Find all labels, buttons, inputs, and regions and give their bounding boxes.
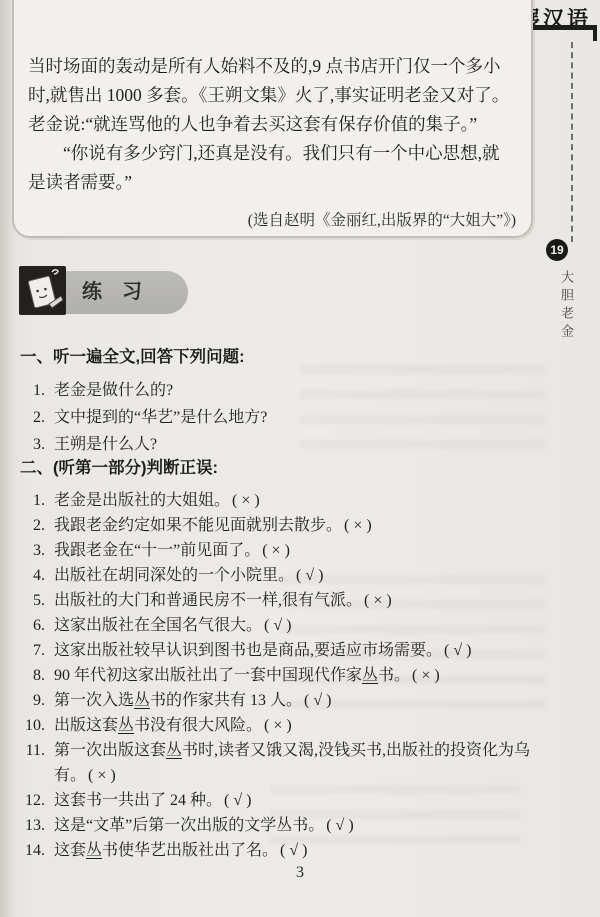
tf-text-pre: 出版社的大门和普通民房不一样,很有气派。 [54,592,362,609]
tf-text-pre: 这套 [54,842,86,859]
tf-number: 3. [20,538,54,563]
question-item: 1. 老金是做什么的? [20,377,552,404]
tf-item: 2. 我跟老金约定如果不能见面就别去散步。( × ) [20,513,552,538]
tf-text-post: 书使华艺出版社出了名。 [102,842,278,859]
tf-text-pre: 出版这套 [54,717,118,734]
tf-text-pre: 这套书一共出了 24 种。 [54,792,222,809]
passage-line: “你说有多少窍门,还真是没有。我们只有一个中心思想,就 [28,139,518,168]
tf-answer-mark: ( √ ) [264,617,291,634]
notebook-pencil-icon [19,266,66,315]
section-two-list: 1. 老金是出版社的大姐姐。( × ) 2. 我跟老金约定如果不能见面就别去散步… [20,488,552,863]
passage-line: 老金说:“就连骂他的人也争着去买这套有保存价值的集子。” [28,110,518,139]
underlined-vocab: 丛 [86,842,102,859]
tf-text: 这是“文革”后第一次出版的文学丛书。( √ ) [54,813,552,838]
section-listen-questions: 一、听一遍全文,回答下列问题: 1. 老金是做什么的? 2. 文中提到的“华艺”… [20,344,552,458]
question-item: 3. 王朔是什么人? [20,431,552,458]
page-number: 3 [0,864,600,882]
scanned-textbook-page: 发展汉语 19 大胆老金 当时场面的轰动是所有人始料不及的,9 点书店开门仅一个… [0,0,600,917]
underlined-vocab: 丛 [134,692,150,709]
tf-item: 1. 老金是出版社的大姐姐。( × ) [20,488,552,513]
tf-item: 12. 这套书一共出了 24 种。( √ ) [20,788,552,813]
tf-text: 第一次入选丛书的作家共有 13 人。( √ ) [54,688,552,713]
section-one-list: 1. 老金是做什么的? 2. 文中提到的“华艺”是什么地方? 3. 王朔是什么人… [20,377,552,458]
tf-text: 这套丛书使华艺出版社出了名。( √ ) [54,838,552,863]
margin-dashed-line [571,42,573,242]
underlined-vocab: 丛 [362,667,378,684]
tf-text: 这家出版社较早认识到图书也是商品,要适应市场需要。( √ ) [54,638,552,663]
tf-item: 5. 出版社的大门和普通民房不一样,很有气派。( × ) [20,588,552,613]
tf-text-post: 书的作家共有 13 人。 [150,692,302,709]
tf-text-pre: 我跟老金在“十一”前见面了。 [54,542,260,559]
question-text: 文中提到的“华艺”是什么地方? [54,404,552,431]
tf-answer-mark: ( √ ) [326,817,353,834]
tf-text-pre: 这是“文革”后第一次出版的文学丛书。 [54,817,324,834]
question-text: 王朔是什么人? [54,431,552,458]
section-one-title: 一、听一遍全文,回答下列问题: [20,344,552,370]
tf-number: 2. [20,513,54,538]
tf-item: 13. 这是“文革”后第一次出版的文学丛书。( √ ) [20,813,552,838]
underlined-vocab: 丛 [166,742,182,759]
header-rule-corner [593,25,597,41]
tf-text: 第一次出版这套丛书时,读者又饿又渴,没钱买书,出版社的投资化为乌有。( × ) [54,738,552,788]
tf-text: 这家出版社在全国名气很大。( √ ) [54,613,552,638]
tf-answer-mark: ( × ) [232,492,260,509]
tf-item: 7. 这家出版社较早认识到图书也是商品,要适应市场需要。( √ ) [20,638,552,663]
tf-text: 出版社在胡同深处的一个小院里。( √ ) [54,563,552,588]
passage-line: 是读者需要。” [28,168,518,197]
question-item: 2. 文中提到的“华艺”是什么地方? [20,404,552,431]
tf-text-pre: 第一次入选 [54,692,134,709]
tf-answer-mark: ( √ ) [304,692,331,709]
question-number: 1. [20,377,54,404]
tf-text-pre: 第一次出版这套 [54,742,166,759]
tf-item: 3. 我跟老金在“十一”前见面了。( × ) [20,538,552,563]
tf-number: 8. [20,663,54,688]
tf-item: 6. 这家出版社在全国名气很大。( √ ) [20,613,552,638]
tf-answer-mark: ( × ) [262,542,290,559]
tf-text-pre: 老金是出版社的大姐姐。 [54,492,230,509]
tf-answer-mark: ( × ) [344,517,372,534]
tf-text: 这套书一共出了 24 种。( √ ) [54,788,552,813]
lesson-number-badge: 19 [546,239,568,261]
lesson-title-vertical: 大胆老金 [557,270,576,360]
section-two-title: 二、(听第一部分)判断正误: [20,455,552,481]
tf-number: 7. [20,638,54,663]
tf-text: 我跟老金约定如果不能见面就别去散步。( × ) [54,513,552,538]
tf-text: 出版这套丛书没有很大风险。( × ) [54,713,552,738]
tf-text-pre: 90 年代初这家出版社出了一套中国现代作家 [54,667,362,684]
passage-attribution: (选自赵明《金丽红,出版界的“大姐大”》) [28,208,518,230]
tf-number: 9. [20,688,54,713]
reading-passage-box: 当时场面的轰动是所有人始料不及的,9 点书店开门仅一个多小 时,就售出 1000… [12,0,533,238]
tf-number: 4. [20,563,54,588]
tf-text-pre: 我跟老金约定如果不能见面就别去散步。 [54,517,342,534]
question-text: 老金是做什么的? [54,377,552,404]
passage-line: 时,就售出 1000 多套。《王朔文集》火了,事实证明老金又对了。 [28,81,518,110]
tf-number: 11. [20,738,54,788]
tf-text-post: 书。 [378,667,410,684]
question-number: 2. [20,404,54,431]
tf-number: 6. [20,613,54,638]
tf-item: 11. 第一次出版这套丛书时,读者又饿又渴,没钱买书,出版社的投资化为乌有。( … [20,738,552,788]
tf-text: 老金是出版社的大姐姐。( × ) [54,488,552,513]
tf-number: 5. [20,588,54,613]
tf-answer-mark: ( √ ) [296,567,323,584]
tf-answer-mark: ( × ) [412,667,440,684]
tf-item: 14. 这套丛书使华艺出版社出了名。( √ ) [20,838,552,863]
tf-number: 14. [20,838,54,863]
tf-number: 10. [20,713,54,738]
tf-text-pre: 这家出版社较早认识到图书也是商品,要适应市场需要。 [54,642,442,659]
tf-number: 13. [20,813,54,838]
tf-answer-mark: ( √ ) [444,642,471,659]
tf-text-post: 书没有很大风险。 [134,717,262,734]
tf-answer-mark: ( √ ) [224,792,251,809]
tf-text: 出版社的大门和普通民房不一样,很有气派。( × ) [54,588,552,613]
question-number: 3. [20,431,54,458]
tf-text: 我跟老金在“十一”前见面了。( × ) [54,538,552,563]
tf-item: 4. 出版社在胡同深处的一个小院里。( √ ) [20,563,552,588]
tf-text-pre: 这家出版社在全国名气很大。 [54,617,262,634]
section-true-false: 二、(听第一部分)判断正误: 1. 老金是出版社的大姐姐。( × ) 2. 我跟… [20,455,552,863]
tf-text-pre: 出版社在胡同深处的一个小院里。 [54,567,294,584]
tf-item: 10. 出版这套丛书没有很大风险。( × ) [20,713,552,738]
tf-item: 9. 第一次入选丛书的作家共有 13 人。( √ ) [20,688,552,713]
tf-number: 1. [20,488,54,513]
tf-answer-mark: ( × ) [364,592,392,609]
tf-answer-mark: ( × ) [88,767,116,784]
tf-number: 12. [20,788,54,813]
tf-answer-mark: ( × ) [264,717,292,734]
tf-item: 8. 90 年代初这家出版社出了一套中国现代作家丛书。( × ) [20,663,552,688]
tf-answer-mark: ( √ ) [280,842,307,859]
underlined-vocab: 丛 [118,717,134,734]
passage-line: 当时场面的轰动是所有人始料不及的,9 点书店开门仅一个多小 [28,52,518,81]
tf-text: 90 年代初这家出版社出了一套中国现代作家丛书。( × ) [54,663,552,688]
